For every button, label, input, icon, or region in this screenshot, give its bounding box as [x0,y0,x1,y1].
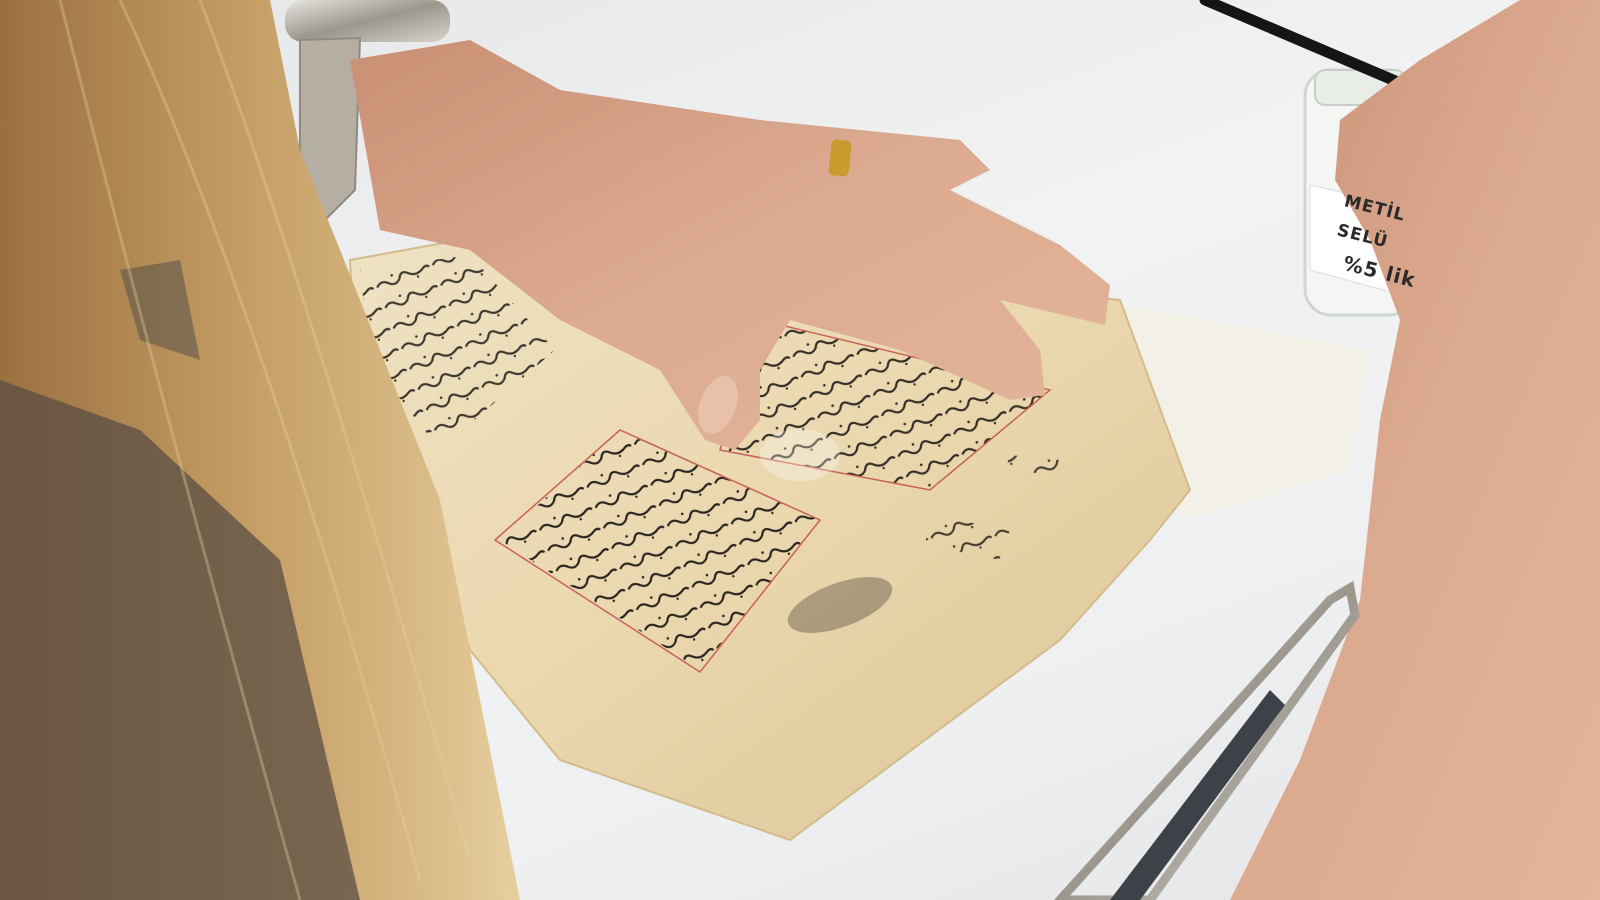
gold-ring [828,139,852,177]
scene-artwork [0,0,1600,900]
photo-scene: METİL SELÜ %5 lik [0,0,1600,900]
